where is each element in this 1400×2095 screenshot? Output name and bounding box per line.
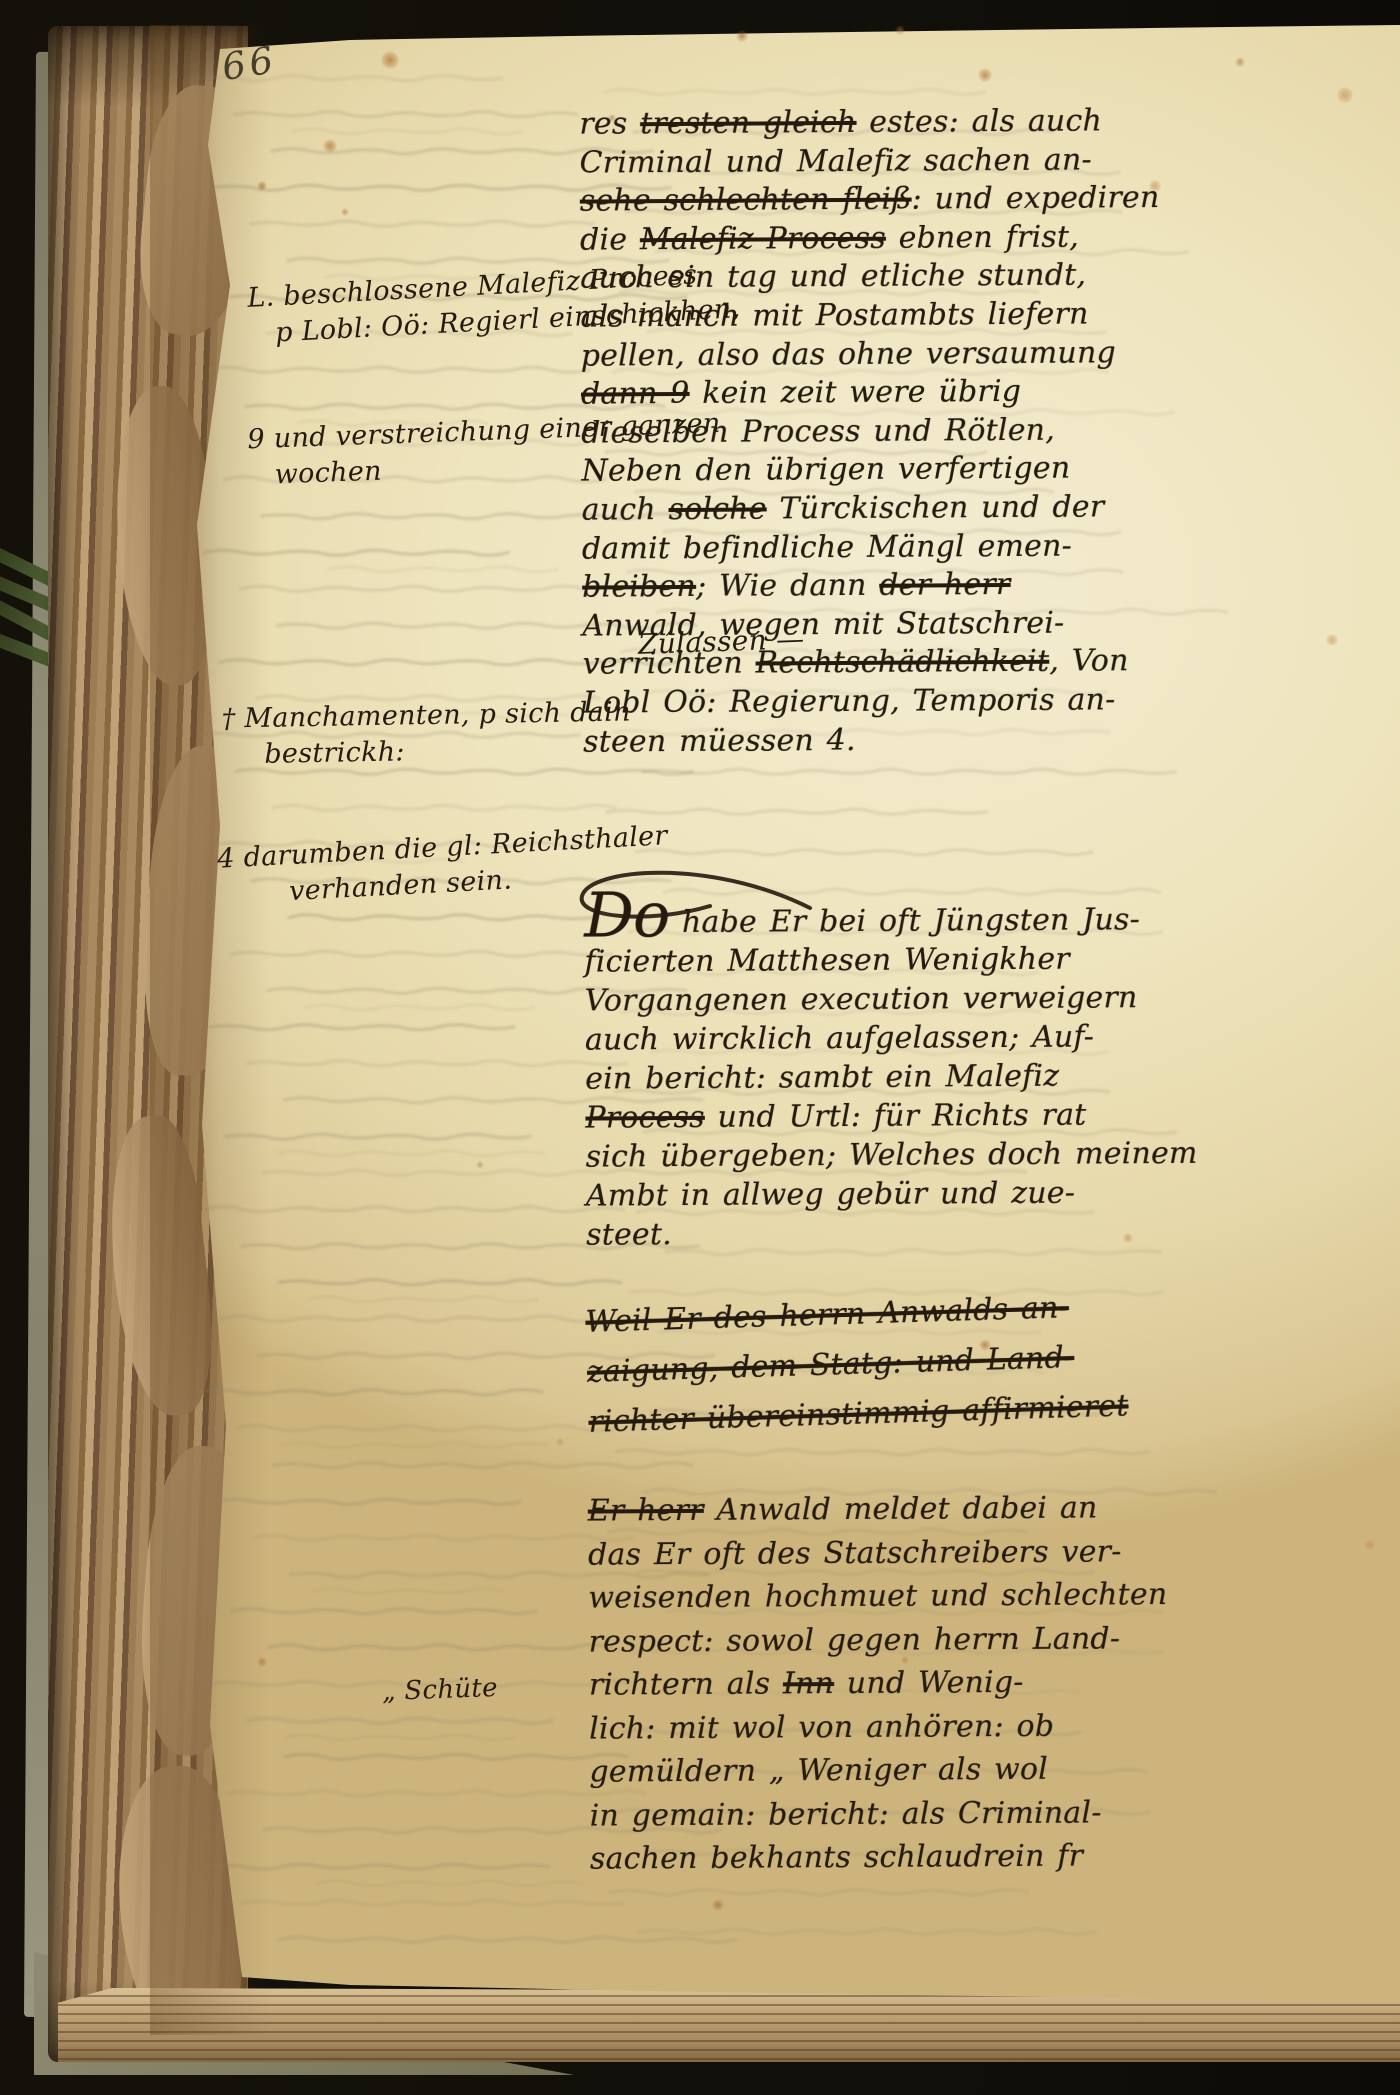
struck-text: tresten gleich [640,105,857,141]
initial-capital: Do [584,878,669,952]
struck-text: solche [668,491,766,527]
manuscript-text-line: Criminal und Malefiz sachen an- [579,141,1094,183]
text-segment: weisenden hochmuet und schlechten [588,1577,1167,1616]
margin-note-line: bestrickh: [264,730,632,772]
manuscript-text-line: die Malefiz Process ebnen frist, [580,218,1095,260]
manuscript-text-line: bleiben; Wie dann der herr [582,566,1097,608]
text-segment: Lobl Oö: Regierung, Temporis an- [583,682,1116,720]
manuscript-text-line: steen müessen 4. [583,720,1098,762]
text-segment: res [579,106,640,141]
manuscript-text-line: richtern als Inn und Wenig- [589,1660,1104,1707]
text-segment: Ambt in allweg gebür und zue- [586,1176,1075,1214]
main-text-paragraph-4: Er herr Anwald meldet dabei andas Er oft… [588,1486,1105,1881]
manuscript-text-line: respect: sowol gegen herrn Land- [588,1617,1103,1664]
text-segment: als manch mit Postambts liefern [580,296,1088,334]
struck-text: Er herr [588,1493,704,1529]
text-segment: pellen, also das ohne versaumung [581,335,1116,373]
manuscript-text-line: weisenden hochmuet und schlechten [588,1573,1103,1620]
text-segment: ; Wie dann [696,568,880,604]
struck-text: zaigung, dem Statg: und Land- [587,1340,1075,1390]
struck-text: sehe schlechten fleiß [580,182,912,219]
text-segment: lich: mit wol von anhören: ob [589,1708,1054,1746]
manuscript-text-line: steet. [586,1212,1101,1254]
manuscript-text-line: Process und Urtl: für Richts rat [585,1095,1100,1137]
manuscript-text-line: Anwald, wegen mit Statschrei- [582,604,1097,646]
text-segment: auch [582,492,669,528]
struck-text: Rechtschädlichkeit [756,644,1050,681]
manuscript-text-line: ein bericht: sambt ein Malefiz [585,1056,1100,1098]
manuscript-text-line: dann 9 kein zeit were übrig [581,373,1096,415]
text-segment: Türckischen und der [767,489,1105,526]
struck-text: richter übereinstimmig affirmieret [588,1388,1129,1439]
text-segment: in gemain: bericht: als Criminal- [590,1795,1102,1833]
text-segment: sich übergeben; Welches doch meinem [586,1136,1198,1175]
manuscript-text-line: auch wircklich aufgelassen; Auf- [585,1017,1100,1059]
text-segment: Criminal und Malefiz sachen an- [579,142,1091,180]
margin-note-schuete: „ Schüte [381,1670,498,1710]
text-segment: ebnen frist, [886,219,1079,255]
manuscript-photo: 66 L. beschlossene Malefiz Process p Lob… [0,0,1400,2095]
text-segment: kein zeit were übrig [689,374,1021,411]
struck-text: Inn [783,1666,834,1701]
manuscript-text-line: in gemain: bericht: als Criminal- [590,1791,1105,1838]
text-segment: , Von [1049,644,1129,679]
struck-text: Malefiz Process [640,221,886,258]
torn-leaf-edge [99,1112,222,1420]
main-text-paragraph-2: Do habe Er bei oft Jüngsten Jus-ficierte… [584,888,1101,1254]
struck-text: Weil Er des herrn Anwalds an- [585,1290,1069,1340]
text-segment: gemüldern „ Weniger als wol [589,1752,1048,1790]
text-segment: respect: sowol gegen herrn Land- [589,1621,1121,1659]
text-segment: Neben den übrigen verfertigen [581,451,1070,489]
struck-text: Process [585,1100,705,1136]
manuscript-text-line: auch ein tag und etliche stundt, [580,257,1095,299]
text-segment: Anwald meldet dabei an [704,1490,1098,1527]
manuscript-text-line: sachen bekhants schlaudrein fr [590,1834,1105,1881]
manuscript-text-line: sehe schlechten fleiß: und expediren [580,180,1095,222]
struck-text: der herr [879,567,1010,603]
text-segment: die [580,222,640,257]
manuscript-text-line: verrichten Rechtschädlichkeit, Von [583,643,1098,685]
manuscript-text-line: auch solche Türckischen und der [582,488,1097,530]
manuscript-text-line: Vorgangenen execution verweigern [585,978,1100,1020]
manuscript-text-line: lich: mit wol von anhören: ob [589,1704,1104,1751]
text-segment: habe Er bei oft Jüngsten Jus- [669,902,1140,940]
text-segment: auch ein tag und etliche stundt, [580,258,1086,296]
manuscript-text-line: Ambt in allweg gebür und zue- [586,1173,1101,1215]
text-segment: Anwald, wegen mit Statschrei- [582,605,1064,643]
main-text-paragraph-3-struck: Weil Er des herrn Anwalds an-zaigung, de… [585,1282,1104,1448]
text-segment: und Wenig- [834,1665,1024,1701]
text-segment: steen müessen 4. [583,722,856,759]
text-segment: estes: als auch [856,103,1102,139]
margin-note-line: † Manchamenten, p sich dain [221,694,631,737]
manuscript-text-line: dieselben Process und Rötlen, [581,411,1096,453]
text-segment: auch wircklich aufgelassen; Auf- [585,1019,1094,1057]
text-segment: richtern als [589,1666,783,1702]
manuscript-text-line: gemüldern „ Weniger als wol [589,1747,1104,1794]
text-segment: dieselben Process und Rötlen, [581,412,1055,450]
manuscript-text-line: Do habe Er bei oft Jüngsten Jus- [584,888,1099,942]
struck-text: dann 9 [581,376,690,412]
manuscript-text-line: Lobl Oö: Regierung, Temporis an- [583,681,1098,723]
manuscript-text-line: sich übergeben; Welches doch meinem [586,1134,1101,1176]
manuscript-text-line: das Er oft des Statschreibers ver- [588,1530,1103,1577]
manuscript-text-line: res tresten gleich estes: als auch [579,102,1094,144]
manuscript-text-line: als manch mit Postambts liefern [580,295,1095,337]
text-segment: Vorgangenen execution verweigern [585,980,1138,1018]
margin-note-line: „ Schüte [381,1670,498,1710]
folio-number: 66 [219,40,280,88]
manuscript-text-line: Neben den übrigen verfertigen [581,450,1096,492]
text-segment: und Urtl: für Richts rat [705,1098,1087,1135]
manuscript-text-line: pellen, also das ohne versaumung [581,334,1096,376]
text-segment: : und expediren [911,180,1159,217]
text-segment: steet. [586,1217,672,1253]
text-segment: verrichten [583,646,756,682]
main-text-column: res tresten gleich estes: als auchCrimin… [579,96,1106,1999]
main-text-paragraph-1: res tresten gleich estes: als auchCrimin… [579,102,1098,761]
text-segment: das Er oft des Statschreibers ver- [588,1534,1122,1572]
manuscript-text-line: damit befindliche Mängl emen- [582,527,1097,569]
text-segment: ein bericht: sambt ein Malefiz [585,1059,1059,1097]
margin-note-manchamenten: † Manchamenten, p sich dain bestrickh: [221,694,631,773]
text-segment: sachen bekhants schlaudrein fr [590,1839,1083,1877]
text-segment: damit befindliche Mängl emen- [582,528,1072,566]
struck-text: bleiben [582,569,696,605]
manuscript-text-line: Er herr Anwald meldet dabei an [588,1486,1103,1533]
